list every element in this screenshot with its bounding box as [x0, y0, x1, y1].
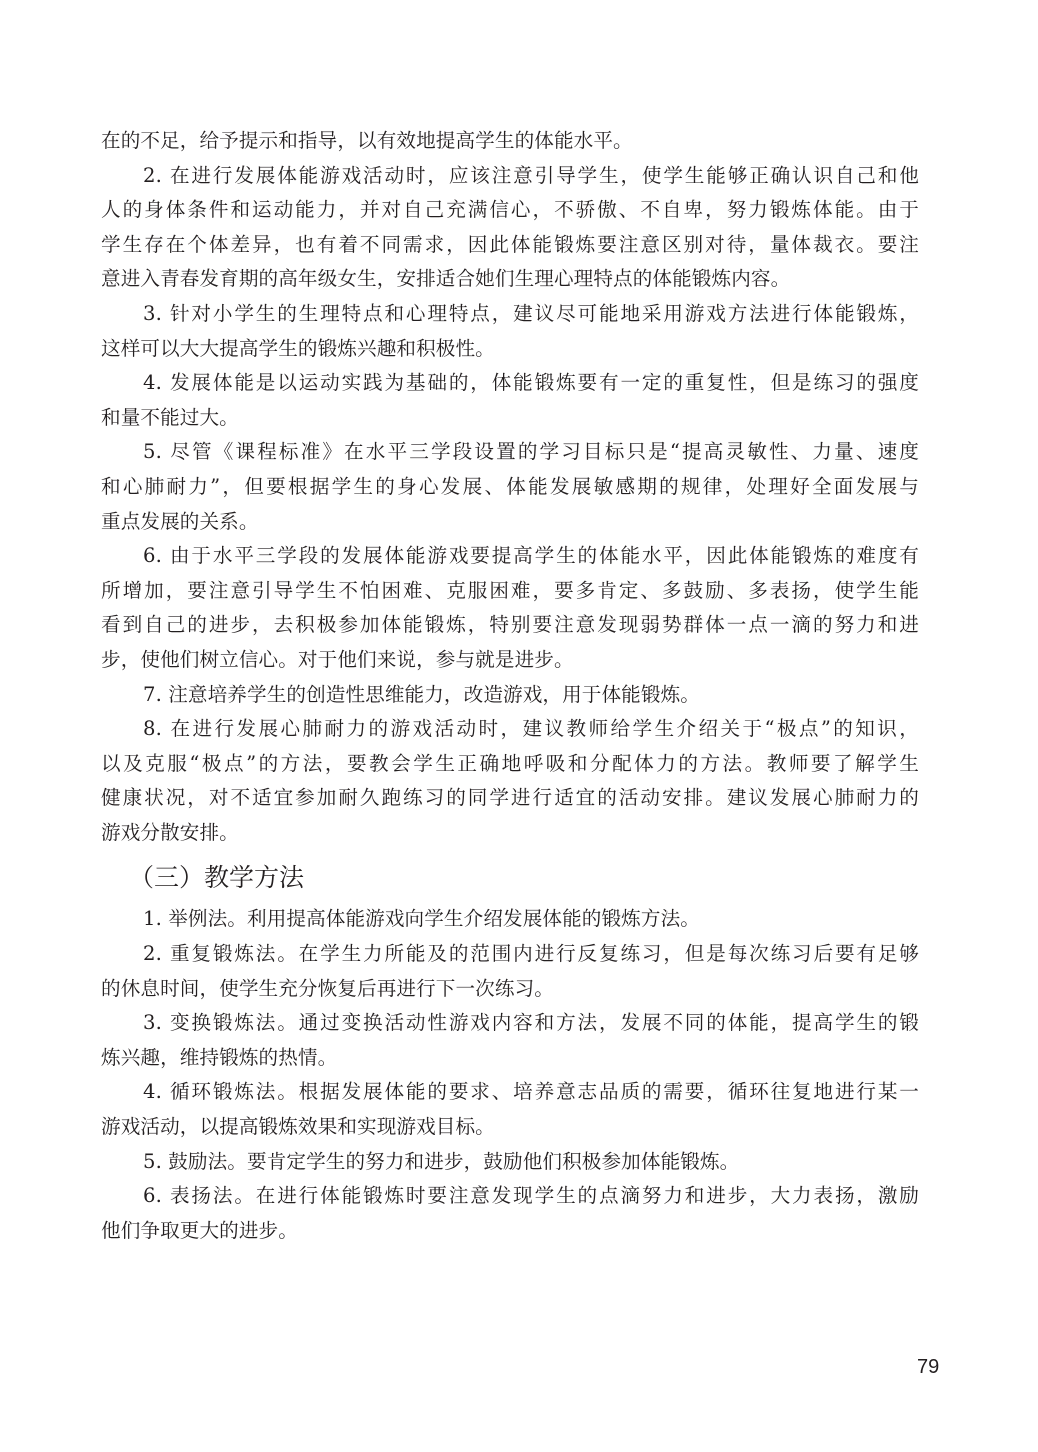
text-line: 6. 由于水平三学段的发展体能游戏要提高学生的体能水平，因此体能锻炼的难度有	[101, 539, 919, 574]
text-line: 步，使他们树立信心。对于他们来说，参与就是进步。	[101, 643, 919, 678]
text-line: 6. 表扬法。在进行体能锻炼时要注意发现学生的点滴努力和进步，大力表扬，激励	[101, 1179, 919, 1214]
text-line: 4. 发展体能是以运动实践为基础的，体能锻炼要有一定的重复性，但是练习的强度	[101, 366, 919, 401]
text-line: 8. 在进行发展心肺耐力的游戏活动时，建议教师给学生介绍关于“极点”的知识，	[101, 712, 919, 747]
text-line: 重点发展的关系。	[101, 505, 919, 540]
text-line: 人的身体条件和运动能力，并对自己充满信心，不骄傲、不自卑，努力锻炼体能。由于	[101, 193, 919, 228]
text-line: 2. 在进行发展体能游戏活动时，应该注意引导学生，使学生能够正确认识自己和他	[101, 159, 919, 194]
text-line: 以及克服“极点”的方法，要教会学生正确地呼吸和分配体力的方法。教师要了解学生	[101, 747, 919, 782]
section-teaching-suggestions: 在的不足，给予提示和指导，以有效地提高学生的体能水平。 2. 在进行发展体能游戏…	[101, 124, 919, 850]
text-line: 1. 举例法。利用提高体能游戏向学生介绍发展体能的锻炼方法。	[101, 902, 919, 937]
text-line: 3. 变换锻炼法。通过变换活动性游戏内容和方法，发展不同的体能，提高学生的锻	[101, 1006, 919, 1041]
text-line: 学生存在个体差异，也有着不同需求，因此体能锻炼要注意区别对待，量体裁衣。要注	[101, 228, 919, 263]
text-line: 炼兴趣，维持锻炼的热情。	[101, 1041, 919, 1076]
text-line: 5. 鼓励法。要肯定学生的努力和进步，鼓励他们积极参加体能锻炼。	[101, 1145, 919, 1180]
text-line: 和量不能过大。	[101, 401, 919, 436]
text-line: 游戏活动，以提高锻炼效果和实现游戏目标。	[101, 1110, 919, 1145]
text-line: 健康状况，对不适宜参加耐久跑练习的同学进行适宜的活动安排。建议发展心肺耐力的	[101, 781, 919, 816]
text-line: 2. 重复锻炼法。在学生力所能及的范围内进行反复练习，但是每次练习后要有足够	[101, 937, 919, 972]
document-page: 在的不足，给予提示和指导，以有效地提高学生的体能水平。 2. 在进行发展体能游戏…	[101, 124, 919, 1248]
text-line: 的休息时间，使学生充分恢复后再进行下一次练习。	[101, 972, 919, 1007]
text-line: 他们争取更大的进步。	[101, 1214, 919, 1249]
page-number: 79	[917, 1356, 939, 1379]
text-line: 所增加，要注意引导学生不怕困难、克服困难，要多肯定、多鼓励、多表扬，使学生能	[101, 574, 919, 609]
text-line: 这样可以大大提高学生的锻炼兴趣和积极性。	[101, 332, 919, 367]
text-line: 5. 尽管《课程标准》在水平三学段设置的学习目标只是“提高灵敏性、力量、速度	[101, 435, 919, 470]
text-line: 4. 循环锻炼法。根据发展体能的要求、培养意志品质的需要，循环往复地进行某一	[101, 1075, 919, 1110]
text-line: 7. 注意培养学生的创造性思维能力，改造游戏，用于体能锻炼。	[101, 678, 919, 713]
text-line: 游戏分散安排。	[101, 816, 919, 851]
section-teaching-methods: 1. 举例法。利用提高体能游戏向学生介绍发展体能的锻炼方法。 2. 重复锻炼法。…	[101, 902, 919, 1248]
text-line: 3. 针对小学生的生理特点和心理特点，建议尽可能地采用游戏方法进行体能锻炼，	[101, 297, 919, 332]
section-heading: （三）教学方法	[101, 856, 919, 900]
text-line: 看到自己的进步，去积极参加体能锻炼，特别要注意发现弱势群体一点一滴的努力和进	[101, 608, 919, 643]
text-line: 和心肺耐力”，但要根据学生的身心发展、体能发展敏感期的规律，处理好全面发展与	[101, 470, 919, 505]
text-line: 在的不足，给予提示和指导，以有效地提高学生的体能水平。	[101, 124, 919, 159]
text-line: 意进入青春发育期的高年级女生，安排适合她们生理心理特点的体能锻炼内容。	[101, 262, 919, 297]
